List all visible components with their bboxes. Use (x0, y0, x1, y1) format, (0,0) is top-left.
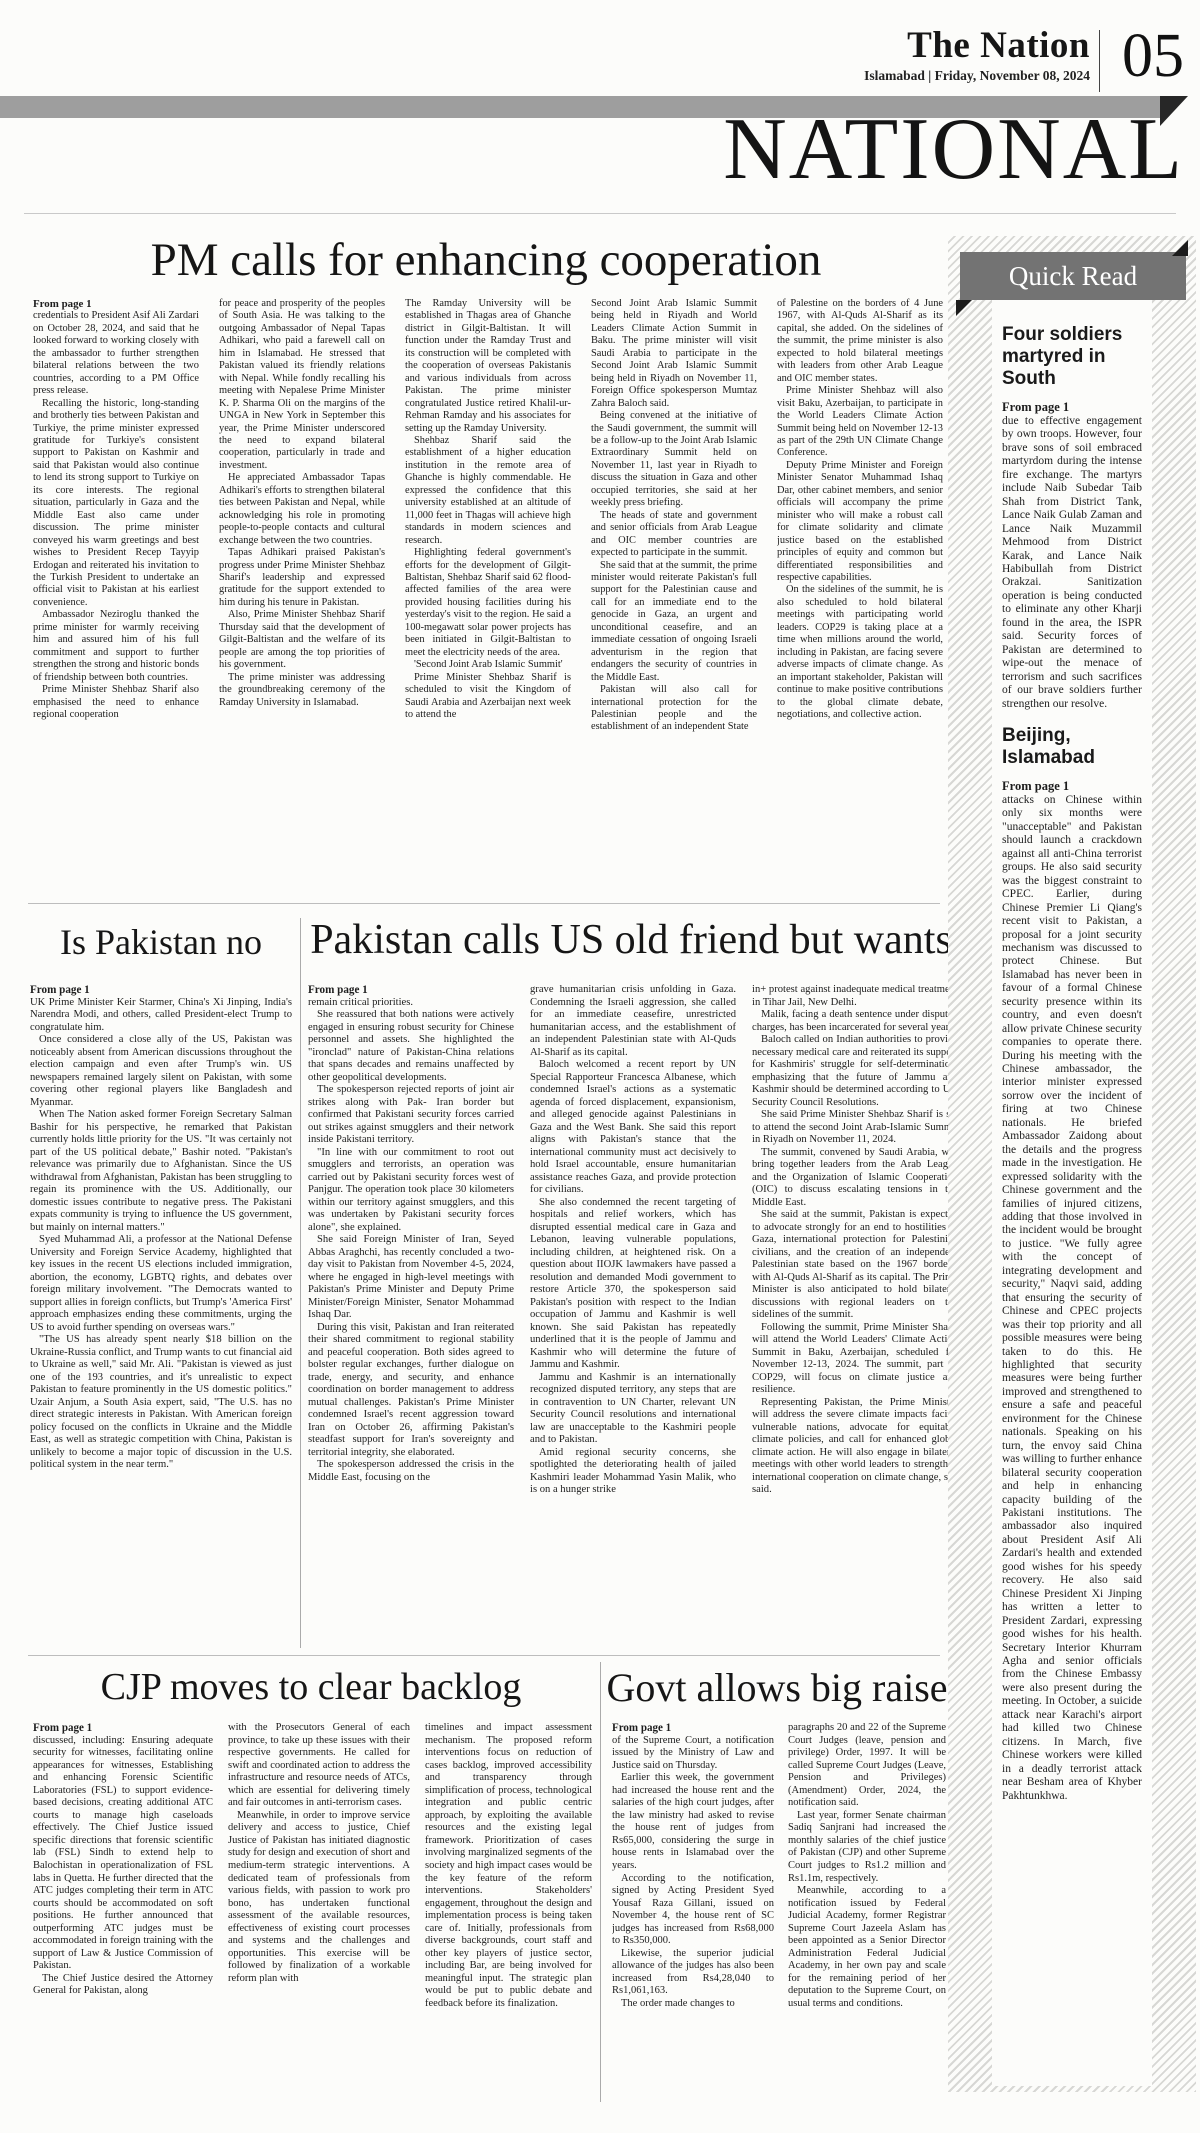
from-page-label: From page 1 (1002, 779, 1142, 794)
section-title: NATIONAL (0, 108, 1184, 192)
us-article-column-3: in+ protest against inadequate medical t… (752, 984, 958, 1648)
paper-title: The Nation (864, 26, 1090, 66)
from-page-label: From page 1 (612, 1722, 774, 1735)
from-page-label: From page 1 (30, 984, 292, 997)
us-article-column-1-text: remain critical priorities.She reassured… (308, 997, 514, 1485)
ispak-article-column: From page 1 UK Prime Minister Keir Starm… (30, 984, 292, 1648)
from-page-label: From page 1 (33, 298, 199, 310)
cjp-article-column-1: From page 1 discussed, including: Ensuri… (33, 1722, 213, 2094)
quick-read-header: Quick Read (960, 252, 1186, 300)
newspaper-page: The Nation Islamabad | Friday, November … (0, 0, 1200, 2133)
us-article-headline: Pakistan calls US old friend but wants (306, 916, 956, 964)
pm-article-column-4: Second Joint Arab Islamic Summit being h… (591, 298, 757, 894)
from-page-label: From page 1 (308, 984, 514, 997)
column-divider (300, 918, 301, 1648)
raise-article-column-1: From page 1 of the Supreme Court, a noti… (612, 1722, 774, 2094)
pm-article-headline: PM calls for enhancing cooperation (28, 234, 944, 286)
pm-article-column-3: The Ramday University will be establishe… (405, 298, 571, 894)
from-page-label: From page 1 (33, 1722, 213, 1735)
corner-triangle-icon (1172, 240, 1188, 256)
cjp-article-column-2: with the Prosecutors General of each pro… (228, 1722, 410, 2094)
divider-rule (28, 903, 940, 904)
masthead-rule (24, 213, 1176, 214)
quick-read-item-title: Beijing, Islamabad (1002, 725, 1142, 769)
raise-article-headline: Govt allows big raise (606, 1666, 948, 1710)
dateline: Islamabad | Friday, November 08, 2024 (864, 68, 1090, 84)
from-page-label: From page 1 (1002, 400, 1142, 415)
column-divider (600, 1662, 601, 2102)
raise-article-column-2: paragraphs 20 and 22 of the Supreme Cour… (788, 1722, 946, 2094)
us-article-column-2: grave humanitarian crisis unfolding in G… (530, 984, 736, 1648)
quick-read-sidebar: Quick Read Four soldiers martyred in Sou… (948, 236, 1196, 2092)
quick-read-item-title: Four soldiers martyred in South (1002, 324, 1142, 390)
quick-read-item-body: attacks on Chinese within only six month… (1002, 794, 1142, 1803)
page-number: 05 (1122, 22, 1184, 90)
quick-read-content: Four soldiers martyred in South From pag… (1002, 310, 1142, 2076)
cjp-article-headline: CJP moves to clear backlog (28, 1666, 594, 1708)
quick-read-item-body: due to effective engagement by own troop… (1002, 415, 1142, 711)
ispak-article-text: UK Prime Minister Keir Starmer, China's … (30, 997, 292, 1472)
nameplate: The Nation Islamabad | Friday, November … (864, 26, 1090, 84)
divider-rule (28, 1655, 940, 1656)
us-article-column-1: From page 1 remain critical priorities.S… (308, 984, 514, 1648)
nameplate-divider (1099, 30, 1100, 92)
pm-article-column-1: From page 1 credentials to President Asi… (33, 298, 199, 894)
raise-article-column-1-text: of the Supreme Court, a notification iss… (612, 1735, 774, 2011)
cjp-article-column-3: timelines and impact assessment mechanis… (425, 1722, 592, 2094)
pm-article-column-5: of Palestine on the borders of 4 June 19… (777, 298, 943, 894)
ispak-article-headline: Is Pakistan no (28, 922, 294, 962)
cjp-article-column-1-text: discussed, including: Ensuring adequate … (33, 1735, 213, 1998)
pm-article-column-2: for peace and prosperity of the peoples … (219, 298, 385, 894)
pm-article-column-1-text: credentials to President Asif Ali Zardar… (33, 310, 199, 721)
corner-triangle-icon (956, 300, 972, 316)
